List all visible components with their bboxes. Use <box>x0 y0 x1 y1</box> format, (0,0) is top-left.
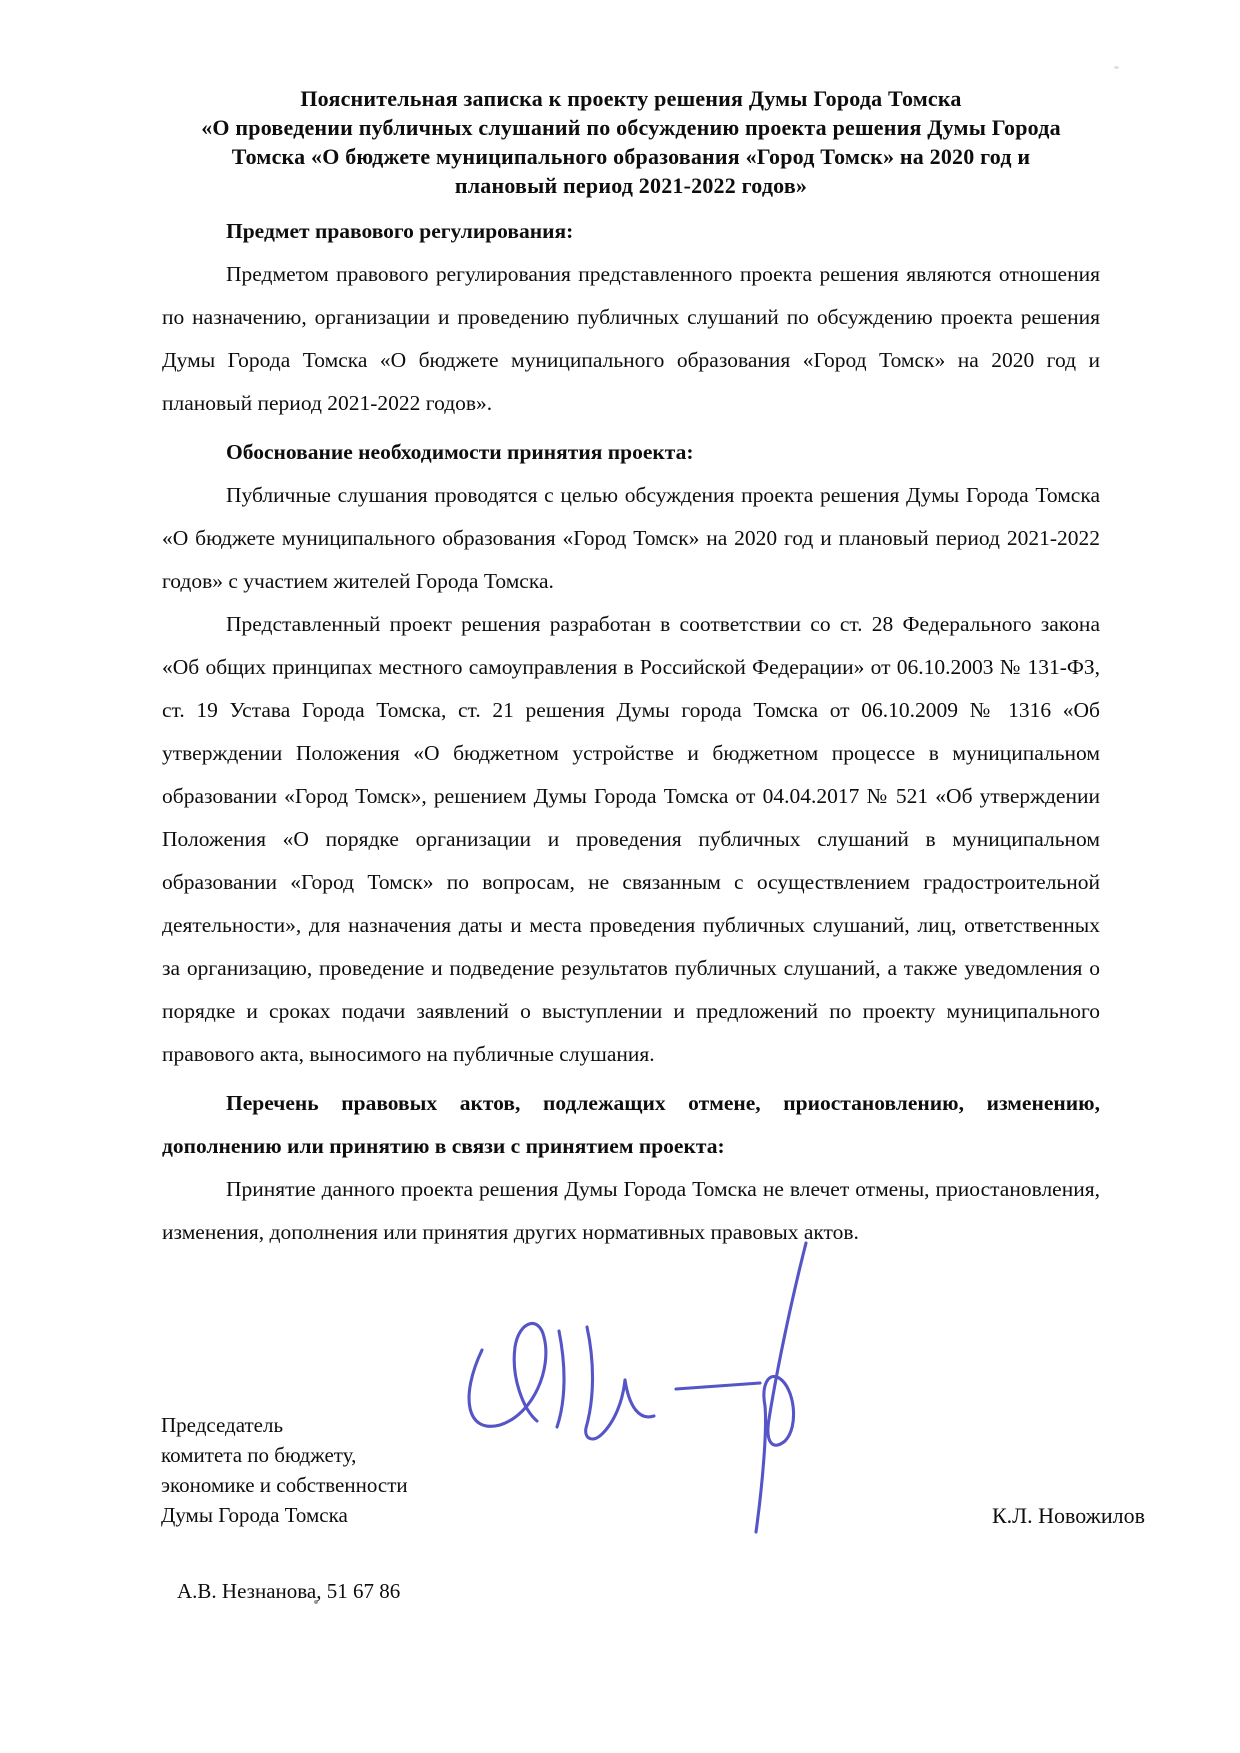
signatory-position-line-2: комитета по бюджету, <box>161 1440 408 1470</box>
paragraph-acts-consequences: Принятие данного проекта решения Думы Го… <box>162 1168 1100 1254</box>
scan-artifact-dot <box>314 1600 318 1604</box>
document-page: Пояснительная записка к проекту решения … <box>0 0 1240 1753</box>
signatory-position-block: Председатель комитета по бюджету, эконом… <box>161 1410 408 1530</box>
title-line-2: «О проведении публичных слушаний по обсу… <box>162 113 1100 142</box>
section-heading-acts-list: Перечень правовых актов, подлежащих отме… <box>162 1082 1100 1168</box>
title-line-4: плановый период 2021-2022 годов» <box>162 171 1100 200</box>
paragraph-subject: Предметом правового регулирования предст… <box>162 253 1100 425</box>
executor-contact: А.В. Незнанова, 51 67 86 <box>177 1578 400 1604</box>
paragraph-legal-basis: Представленный проект решения разработан… <box>162 603 1100 1076</box>
document-content: Пояснительная записка к проекту решения … <box>162 84 1100 1254</box>
title-line-1: Пояснительная записка к проекту решения … <box>162 84 1100 113</box>
scan-artifact-dot <box>1114 66 1119 69</box>
signatory-name: К.Л. Новожилов <box>992 1503 1145 1529</box>
handwritten-signature <box>438 1238 858 1558</box>
signatory-position-line-3: экономике и собственности <box>161 1470 408 1500</box>
section-heading-subject: Предмет правового регулирования: <box>162 210 1100 253</box>
section-heading-justification: Обоснование необходимости принятия проек… <box>162 431 1100 474</box>
title-line-3: Томска «О бюджете муниципального образов… <box>162 142 1100 171</box>
signatory-position-line-4: Думы Города Томска <box>161 1500 408 1530</box>
signatory-position-line-1: Председатель <box>161 1410 408 1440</box>
document-title: Пояснительная записка к проекту решения … <box>162 84 1100 200</box>
document-body: Предмет правового регулирования: Предмет… <box>162 210 1100 1254</box>
paragraph-hearings-purpose: Публичные слушания проводятся с целью об… <box>162 474 1100 603</box>
